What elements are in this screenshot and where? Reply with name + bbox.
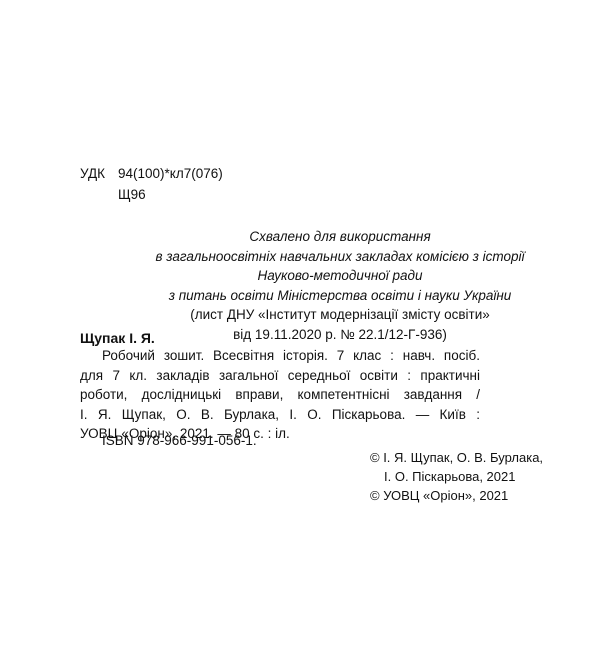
isbn: ISBN 978-966-991-056-1. xyxy=(102,433,257,448)
approval-line: з питань освіти Міністерства освіти і на… xyxy=(130,286,550,306)
udk-label: УДК xyxy=(80,166,105,181)
description-line: Робочий зошит. Всесвітня історія. 7 клас… xyxy=(80,346,480,366)
approval-line: Схвалено для використання xyxy=(130,227,550,247)
copyright-authors-cont: І. О. Піскарьова, 2021 xyxy=(370,467,543,486)
description-line: роботи, дослідницькі вправи, компетентні… xyxy=(80,385,480,405)
description-line: для 7 кл. закладів загальної середньої о… xyxy=(80,366,480,386)
approval-line: Науково-методичної ради xyxy=(130,266,550,286)
udk-code: 94(100)*кл7(076) xyxy=(118,166,223,181)
udk-author-mark: Щ96 xyxy=(118,187,146,202)
copyright-block: © І. Я. Щупак, О. В. Бурлака, І. О. Піск… xyxy=(370,448,543,505)
approval-letter-date: від 19.11.2020 р. № 22.1/12-Г-936) xyxy=(130,325,550,345)
copyright-authors: © І. Я. Щупак, О. В. Бурлака, xyxy=(370,448,543,467)
copyright-publisher: © УОВЦ «Оріон», 2021 xyxy=(370,486,543,505)
approval-line: в загальноосвітніх навчальних закладах к… xyxy=(130,247,550,267)
author-heading: Щупак І. Я. xyxy=(80,330,155,346)
description-line: І. Я. Щупак, О. В. Бурлака, І. О. Піскар… xyxy=(80,405,480,425)
approval-statement: Схвалено для використання в загальноосві… xyxy=(130,227,550,344)
bibliographic-description: Робочий зошит. Всесвітня історія. 7 клас… xyxy=(80,346,480,444)
approval-letter-ref: (лист ДНУ «Інститут модернізації змісту … xyxy=(130,305,550,325)
